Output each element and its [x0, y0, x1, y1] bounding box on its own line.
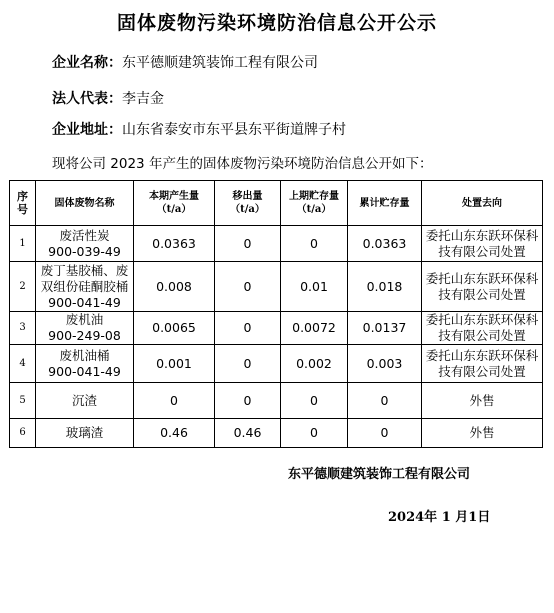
- cell-disposal: 外售: [422, 419, 543, 448]
- signature-date: 2024年 1 月1日: [388, 506, 490, 525]
- company-name-label: 企业名称：: [52, 55, 122, 71]
- cell-transferred: 0.46: [215, 419, 281, 448]
- cell-produced: 0.001: [134, 345, 215, 383]
- cell-seq: 5: [10, 383, 36, 419]
- cell-name: 废丁基胶桶、废双组份硅酮胶桶900-041-49: [36, 262, 134, 312]
- address-label: 企业地址：: [52, 122, 122, 138]
- cell-prev-stock: 0.0072: [281, 312, 348, 345]
- table-row: 2 废丁基胶桶、废双组份硅酮胶桶900-041-49 0.008 0 0.01 …: [10, 262, 543, 312]
- cell-seq: 6: [10, 419, 36, 448]
- header-name: 固体废物名称: [36, 181, 134, 226]
- table-header-row: 序号 固体废物名称 本期产生量（t/a） 移出量（t/a） 上期贮存量（t/a）…: [10, 181, 543, 226]
- table-row: 5 沉渣 0 0 0 0 外售: [10, 383, 543, 419]
- cell-cum-stock: 0: [348, 383, 422, 419]
- address-line: 企业地址：山东省泰安市东平县东平街道牌子村: [52, 119, 346, 139]
- cell-prev-stock: 0: [281, 383, 348, 419]
- cell-disposal: 委托山东东跃环保科技有限公司处置: [422, 262, 543, 312]
- cell-name: 玻璃渣: [36, 419, 134, 448]
- signature-company: 东平德顺建筑装饰工程有限公司: [288, 463, 470, 482]
- cell-prev-stock: 0.002: [281, 345, 348, 383]
- cell-cum-stock: 0: [348, 419, 422, 448]
- cell-cum-stock: 0.018: [348, 262, 422, 312]
- header-produced: 本期产生量（t/a）: [134, 181, 215, 226]
- table-row: 3 废机油900-249-08 0.0065 0 0.0072 0.0137 委…: [10, 312, 543, 345]
- cell-seq: 3: [10, 312, 36, 345]
- legal-rep-value: 李吉金: [122, 91, 164, 107]
- cell-prev-stock: 0.01: [281, 262, 348, 312]
- cell-name: 废活性炭900-039-49: [36, 226, 134, 262]
- cell-transferred: 0: [215, 262, 281, 312]
- cell-produced: 0.0065: [134, 312, 215, 345]
- header-prev-stock: 上期贮存量（t/a）: [281, 181, 348, 226]
- cell-seq: 1: [10, 226, 36, 262]
- cell-transferred: 0: [215, 226, 281, 262]
- table-row: 1 废活性炭900-039-49 0.0363 0 0 0.0363 委托山东东…: [10, 226, 543, 262]
- cell-seq: 2: [10, 262, 36, 312]
- address-value: 山东省泰安市东平县东平街道牌子村: [122, 122, 346, 138]
- cell-seq: 4: [10, 345, 36, 383]
- intro-text: 现将公司 2023 年产生的固体废物污染环境防治信息公开如下：: [52, 152, 432, 172]
- cell-disposal: 委托山东东跃环保科技有限公司处置: [422, 345, 543, 383]
- cell-transferred: 0: [215, 345, 281, 383]
- cell-produced: 0.46: [134, 419, 215, 448]
- header-seq: 序号: [10, 181, 36, 226]
- cell-cum-stock: 0.003: [348, 345, 422, 383]
- cell-produced: 0.008: [134, 262, 215, 312]
- page-title: 固体废物污染环境防治信息公开公示: [0, 8, 554, 35]
- table-row: 4 废机油桶900-041-49 0.001 0 0.002 0.003 委托山…: [10, 345, 543, 383]
- legal-rep-label: 法人代表：: [52, 91, 122, 107]
- header-transferred: 移出量（t/a）: [215, 181, 281, 226]
- cell-disposal: 委托山东东跃环保科技有限公司处置: [422, 312, 543, 345]
- legal-rep-line: 法人代表：李吉金: [52, 88, 164, 108]
- cell-name: 废机油900-249-08: [36, 312, 134, 345]
- cell-name: 沉渣: [36, 383, 134, 419]
- cell-name: 废机油桶900-041-49: [36, 345, 134, 383]
- waste-table: 序号 固体废物名称 本期产生量（t/a） 移出量（t/a） 上期贮存量（t/a）…: [9, 180, 543, 448]
- cell-transferred: 0: [215, 383, 281, 419]
- cell-cum-stock: 0.0363: [348, 226, 422, 262]
- cell-produced: 0.0363: [134, 226, 215, 262]
- cell-prev-stock: 0: [281, 226, 348, 262]
- cell-cum-stock: 0.0137: [348, 312, 422, 345]
- cell-transferred: 0: [215, 312, 281, 345]
- header-disposal: 处置去向: [422, 181, 543, 226]
- cell-produced: 0: [134, 383, 215, 419]
- table-row: 6 玻璃渣 0.46 0.46 0 0 外售: [10, 419, 543, 448]
- cell-prev-stock: 0: [281, 419, 348, 448]
- company-name-value: 东平德顺建筑装饰工程有限公司: [122, 55, 318, 71]
- header-cum-stock: 累计贮存量: [348, 181, 422, 226]
- cell-disposal: 委托山东东跃环保科技有限公司处置: [422, 226, 543, 262]
- cell-disposal: 外售: [422, 383, 543, 419]
- company-name-line: 企业名称：东平德顺建筑装饰工程有限公司: [52, 52, 318, 72]
